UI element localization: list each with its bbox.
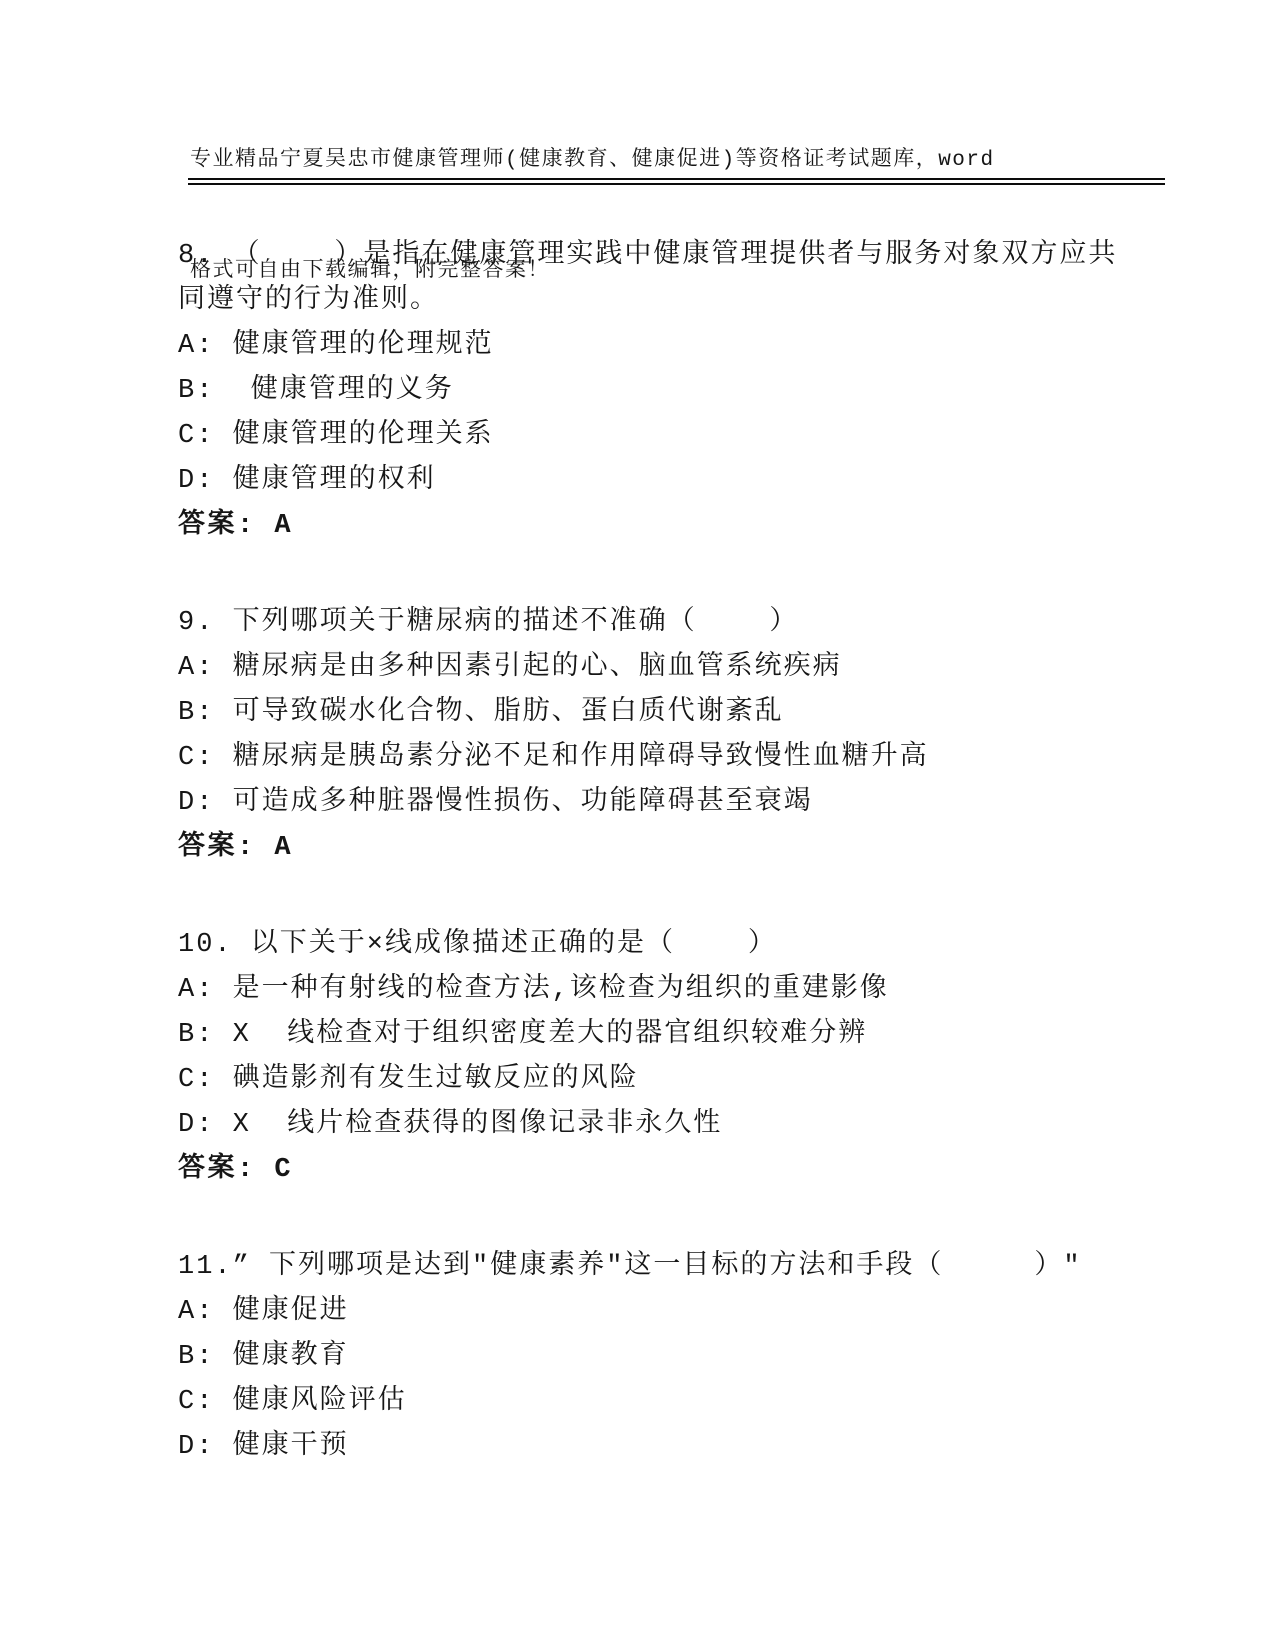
question-8-option-b: B: 健康管理的义务: [178, 369, 1198, 414]
question-9: 9. 下列哪项关于糖尿病的描述不准确（ ） A: 糖尿病是由多种因素引起的心、脑…: [178, 601, 1198, 871]
question-10-option-b: B: X 线检查对于组织密度差大的器官组织较难分辨: [178, 1013, 1198, 1058]
question-10-answer: 答案: C: [178, 1148, 1198, 1193]
question-9-option-d: D: 可造成多种脏器慢性损伤、功能障碍甚至衰竭: [178, 781, 1198, 826]
question-8-option-c: C: 健康管理的伦理关系: [178, 414, 1198, 459]
question-10-option-c: C: 碘造影剂有发生过敏反应的风险: [178, 1058, 1198, 1103]
question-11-option-c: C: 健康风险评估: [178, 1380, 1198, 1425]
header-divider-rule: [188, 178, 1165, 185]
question-8-title-line-2: 同遵守的行为准则。: [178, 279, 1198, 324]
question-8-title-line-1: 8. （ ）是指在健康管理实践中健康管理提供者与服务对象双方应共: [178, 234, 1198, 279]
header-line-1: 专业精品宁夏吴忠市健康管理师(健康教育、健康促进)等资格证考试题库，word: [190, 138, 1150, 183]
question-8-option-d: D: 健康管理的权利: [178, 459, 1198, 504]
question-11-title: 11.” 下列哪项是达到"健康素养"这一目标的方法和手段（ ）": [178, 1245, 1198, 1290]
questions-list: 8. （ ）是指在健康管理实践中健康管理提供者与服务对象双方应共 同遵守的行为准…: [178, 234, 1198, 1470]
question-10-title: 10. 以下关于×线成像描述正确的是（ ）: [178, 923, 1198, 968]
question-10: 10. 以下关于×线成像描述正确的是（ ） A: 是一种有射线的检查方法,该检查…: [178, 923, 1198, 1193]
question-9-option-a: A: 糖尿病是由多种因素引起的心、脑血管系统疾病: [178, 646, 1198, 691]
question-9-answer: 答案: A: [178, 826, 1198, 871]
document-page: 专业精品宁夏吴忠市健康管理师(健康教育、健康促进)等资格证考试题库，word 格…: [0, 0, 1275, 1650]
question-11-option-b: B: 健康教育: [178, 1335, 1198, 1380]
question-11: 11.” 下列哪项是达到"健康素养"这一目标的方法和手段（ ）" A: 健康促进…: [178, 1245, 1198, 1470]
question-9-option-b: B: 可导致碳水化合物、脂肪、蛋白质代谢紊乱: [178, 691, 1198, 736]
question-10-option-d: D: X 线片检查获得的图像记录非永久性: [178, 1103, 1198, 1148]
question-8-answer: 答案: A: [178, 504, 1198, 549]
question-11-option-d: D: 健康干预: [178, 1425, 1198, 1470]
question-8: 8. （ ）是指在健康管理实践中健康管理提供者与服务对象双方应共 同遵守的行为准…: [178, 234, 1198, 549]
question-9-option-c: C: 糖尿病是胰岛素分泌不足和作用障碍导致慢性血糖升高: [178, 736, 1198, 781]
question-11-option-a: A: 健康促进: [178, 1290, 1198, 1335]
question-8-option-a: A: 健康管理的伦理规范: [178, 324, 1198, 369]
question-10-option-a: A: 是一种有射线的检查方法,该检查为组织的重建影像: [178, 968, 1198, 1013]
question-9-title: 9. 下列哪项关于糖尿病的描述不准确（ ）: [178, 601, 1198, 646]
